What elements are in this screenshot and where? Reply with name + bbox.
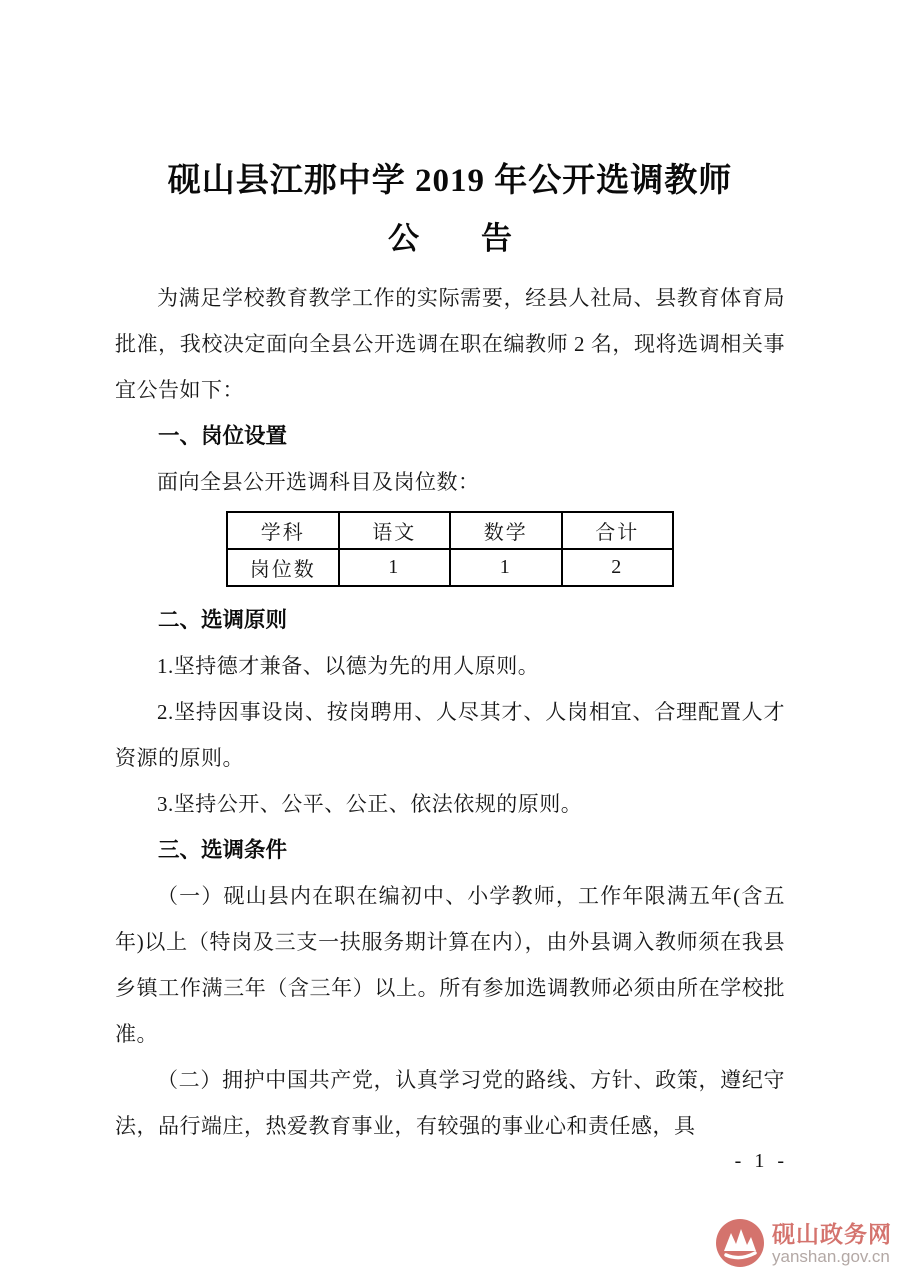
condition-item-1: （一）砚山县内在职在编初中、小学教师，工作年限满五年(含五年)以上（特岗及三支一… — [115, 873, 785, 1057]
section-1-lead: 面向全县公开选调科目及岗位数： — [115, 459, 785, 505]
section-heading-3: 三、选调条件 — [115, 827, 785, 873]
logo-site-domain: yanshan.gov.cn — [772, 1247, 892, 1266]
principle-item-1: 1.坚持德才兼备、以德为先的用人原则。 — [115, 643, 785, 689]
table-header-row: 学科 语文 数学 合计 — [227, 512, 673, 549]
document-content: 砚山县江那中学 2019 年公开选调教师 公 告 为满足学校教育教学工作的实际需… — [115, 0, 785, 1149]
section-heading-1: 一、岗位设置 — [115, 413, 785, 459]
doc-title: 砚山县江那中学 2019 年公开选调教师 — [115, 0, 785, 203]
positions-table: 学科 语文 数学 合计 岗位数 1 1 2 — [226, 511, 674, 587]
table-cell-math-count: 1 — [450, 549, 562, 586]
principle-item-2: 2.坚持因事设岗、按岗聘用、人尽其才、人岗相宜、合理配置人才资源的原则。 — [115, 689, 785, 781]
document-page: 砚山县江那中学 2019 年公开选调教师 公 告 为满足学校教育教学工作的实际需… — [0, 0, 900, 1273]
principle-item-3: 3.坚持公开、公平、公正、依法依规的原则。 — [115, 781, 785, 827]
page-number: - 1 - — [735, 1150, 788, 1173]
table-cell-total-count: 2 — [562, 549, 674, 586]
table-cell-chinese-count: 1 — [339, 549, 451, 586]
intro-paragraph: 为满足学校教育教学工作的实际需要，经县人社局、县教育体育局批准，我校决定面向全县… — [115, 275, 785, 413]
table-row: 岗位数 1 1 2 — [227, 549, 673, 586]
logo-text-block: 砚山政务网 yanshan.gov.cn — [772, 1221, 892, 1266]
table-header-math: 数学 — [450, 512, 562, 549]
condition-item-2: （二）拥护中国共产党，认真学习党的路线、方针、政策，遵纪守法，品行端庄，热爱教育… — [115, 1057, 785, 1149]
mountain-in-circle-icon — [715, 1218, 765, 1268]
table-header-subject: 学科 — [227, 512, 339, 549]
logo-site-name: 砚山政务网 — [772, 1221, 892, 1247]
section-heading-2: 二、选调原则 — [115, 597, 785, 643]
yanshan-gov-logo: 砚山政务网 yanshan.gov.cn — [715, 1218, 892, 1268]
table-header-chinese: 语文 — [339, 512, 451, 549]
table-cell-label: 岗位数 — [227, 549, 339, 586]
table-header-total: 合计 — [562, 512, 674, 549]
doc-subtitle: 公 告 — [115, 219, 785, 259]
